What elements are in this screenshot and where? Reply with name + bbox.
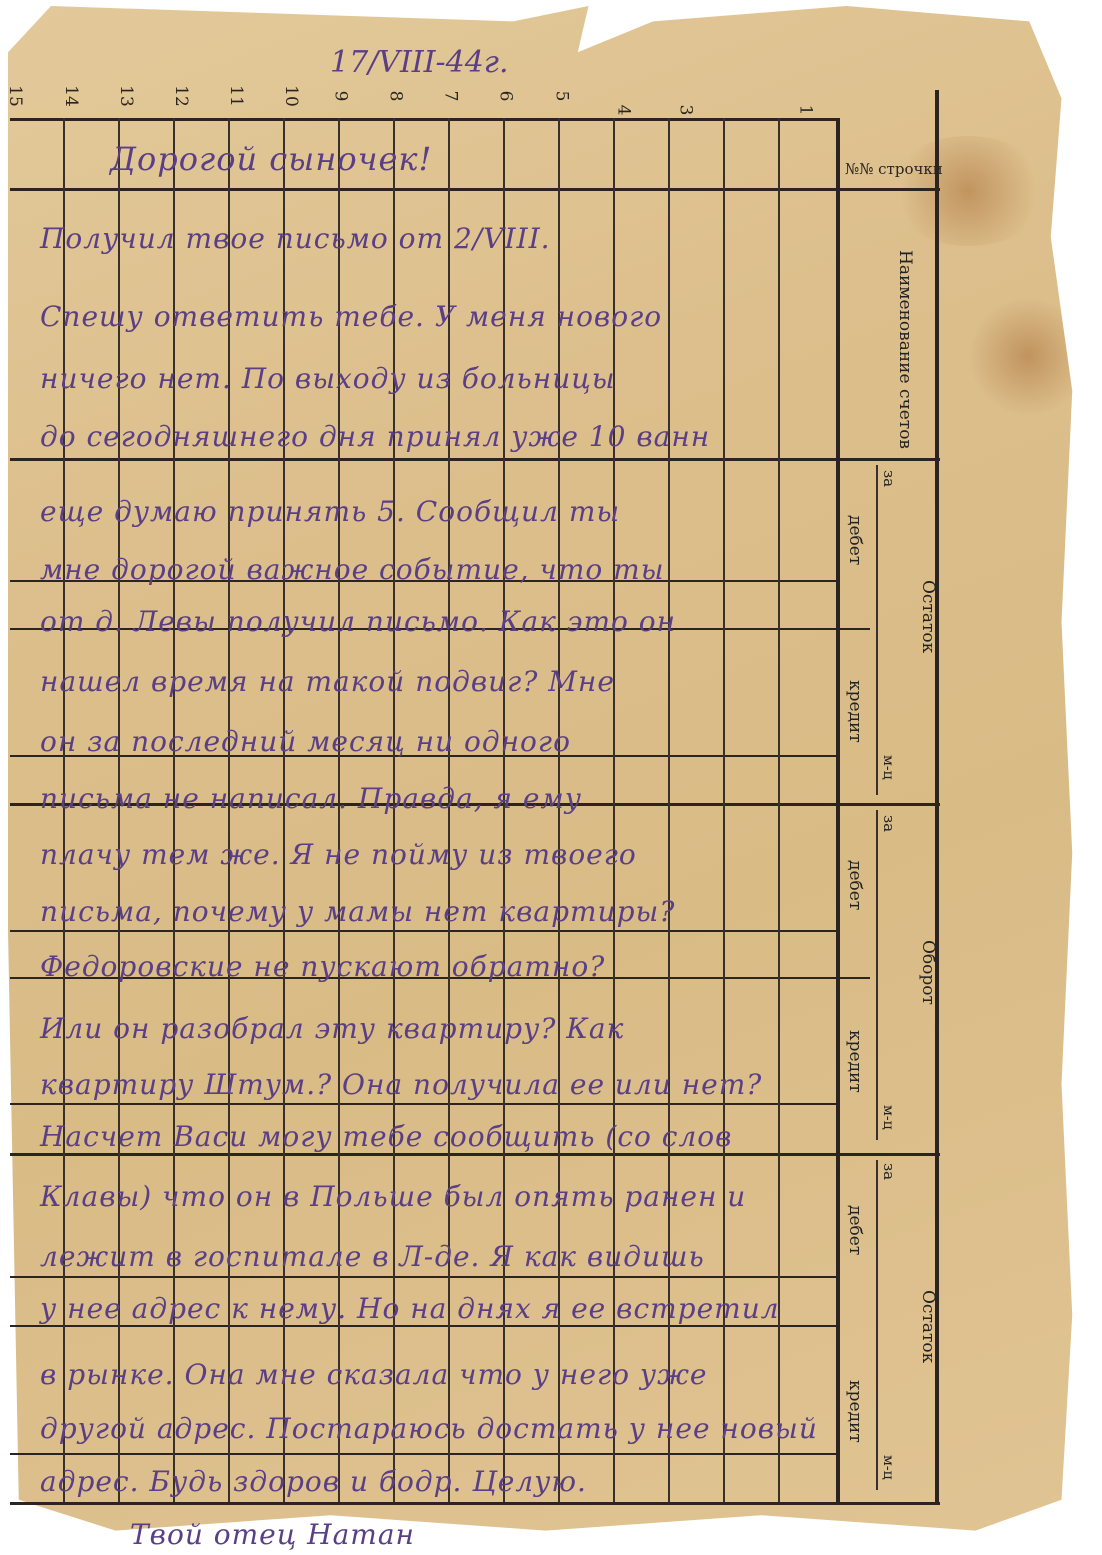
col-num: 7 [440,91,460,102]
ledger-line [10,1453,840,1455]
za-label: за [880,815,898,832]
col-num: 12 [171,85,191,107]
unit-label: м-ц [880,1455,896,1480]
letter-line: до сегодняшнего дня принял уже 10 ванн [40,420,710,453]
letter-line: лежит в госпитале в Л-де. Я как видишь [40,1240,705,1273]
letter-line: Клавы) что он в Польше был опять ранен и [40,1180,746,1213]
ledger-line [10,118,840,121]
col-num: 5 [551,91,571,102]
letter-line: другой адрес. Постараюсь достать у нее н… [40,1412,818,1445]
letter-line: от д. Левы получил письмо. Как это он [40,605,676,638]
col-num: 1 [795,105,815,116]
za-label: за [880,1163,898,1180]
letter-line: квартиру Штум.? Она получила ее или нет? [40,1068,762,1101]
letter-line: письма, почему у мамы нет квартиры? [40,895,675,928]
unit-label: м-ц [880,755,896,780]
greeting: Дорогой сыночек! [110,140,432,178]
letter-line: он за последний месяц ни одного [40,725,571,758]
col-num: 9 [330,91,350,102]
ledger-line [10,1153,940,1156]
credit-label: кредит [845,1380,865,1443]
letter-line: Спешу ответить тебе. У меня нового [40,300,662,333]
col-num: 10 [281,85,301,107]
grid-border [836,118,840,1502]
za-label: за [880,470,898,487]
col-num: 13 [116,85,136,107]
letter-line: у нее адрес к нему. Но на днях я ее встр… [40,1292,780,1325]
letter-line: еще думаю принять 5. Сообщил ты [40,495,620,528]
debit-label: дебет [845,1205,865,1255]
col-num: 11 [226,85,246,107]
letter-line: ничего нет. По выходу из больницы [40,362,616,395]
debit-label: дебет [845,860,865,910]
stain [968,296,1088,416]
col-num: 4 [613,105,633,116]
section-title: Остаток [918,1290,938,1363]
letter-line: письма не написал. Правда, я ему [40,782,582,815]
ledger-line [10,458,940,461]
grid-line [876,810,878,1140]
letter-line: адрес. Будь здоров и бодр. Целую. [40,1465,587,1498]
col-num: 15 [5,85,25,107]
col-num: 6 [495,91,515,102]
letter-line: в рынке. Она мне сказала что у него уже [40,1358,708,1391]
letter-line: нашел время на такой подвиг? Мне [40,665,615,698]
ledger-line [10,1502,940,1505]
letter-line: Федоровские не пускают обратно? [40,950,605,983]
section-title: Оборот [918,940,938,1005]
col-num: 14 [61,85,81,107]
grid-line [876,465,878,795]
letter-line: Насчет Васи могу тебе сообщить (со слов [40,1120,732,1153]
letter-line: плачу тем же. Я не пойму из твоего [40,838,637,871]
debit-label: дебет [845,515,865,565]
account-name-label: Наименование счетов [895,250,915,449]
section-title: Остаток [918,580,938,653]
ledger-line [10,1103,840,1105]
letter-line: Получил твое письмо от 2/VIII. [40,222,551,255]
stain [888,136,1048,246]
credit-label: кредит [845,680,865,743]
row-number-header: №№ строчки [845,160,943,178]
letter-date: 17/VIII-44г. [330,45,509,80]
col-num: 3 [675,105,695,116]
unit-label: м-ц [880,1105,896,1130]
ledger-line [10,1276,840,1278]
letter-line: мне дорогой важное событие, что ты [40,553,665,586]
letter-line: Или он разобрал эту квартиру? Как [40,1012,624,1045]
ledger-line [10,930,840,932]
ledger-line [10,1325,840,1327]
grid-line [876,1160,878,1490]
credit-label: кредит [845,1030,865,1093]
col-num: 8 [385,91,405,102]
ledger-line [10,188,940,191]
signature: Твой отец Натан [130,1518,415,1551]
